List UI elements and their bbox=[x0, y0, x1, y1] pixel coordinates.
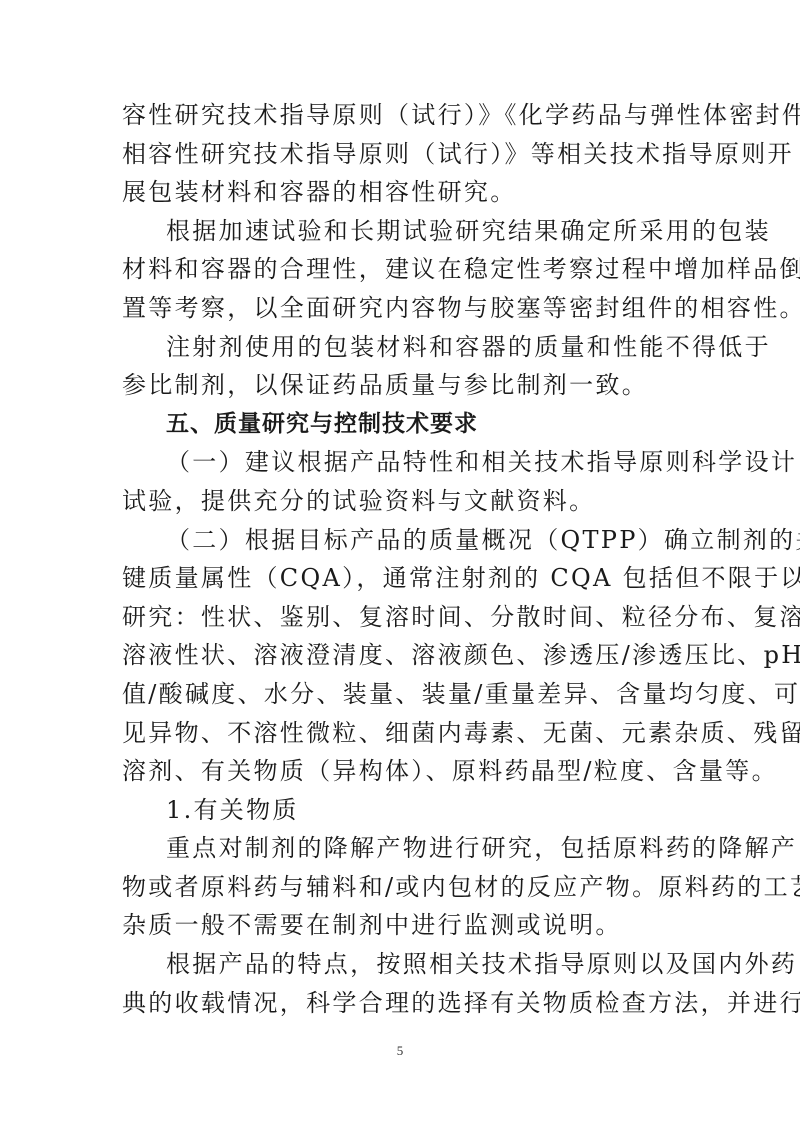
text-line: 展包装材料和容器的相容性研究。 bbox=[122, 173, 682, 212]
text-line: 置等考察，以全面研究内容物与胶塞等密封组件的相容性。 bbox=[122, 289, 682, 328]
text-line: （二）根据目标产品的质量概况（QTPP）确立制剂的关 bbox=[122, 521, 682, 560]
text-line: 注射剂使用的包装材料和容器的质量和性能不得低于 bbox=[122, 328, 682, 367]
section-heading: 五、质量研究与控制技术要求 bbox=[122, 405, 682, 444]
text-line: 相容性研究技术指导原则（试行）》等相关技术指导原则开 bbox=[122, 135, 682, 174]
text-line: 根据加速试验和长期试验研究结果确定所采用的包装 bbox=[122, 212, 682, 251]
text-line: 溶剂、有关物质（异构体）、原料药晶型/粒度、含量等。 bbox=[122, 752, 682, 791]
document-page-body: 容性研究技术指导原则（试行）》《化学药品与弹性体密封件 相容性研究技术指导原则（… bbox=[122, 96, 682, 1022]
page-number: 5 bbox=[0, 1043, 800, 1059]
subsection-1: （一）建议根据产品特性和相关技术指导原则科学设计 试验，提供充分的试验资料与文献… bbox=[122, 443, 682, 520]
subsection-2: （二）根据目标产品的质量概况（QTPP）确立制剂的关 键质量属性（CQA），通常… bbox=[122, 521, 682, 791]
text-line: 值/酸碱度、水分、装量、装量/重量差异、含量均匀度、可 bbox=[122, 675, 682, 714]
text-line: （一）建议根据产品特性和相关技术指导原则科学设计 bbox=[122, 443, 682, 482]
paragraph-packaging-quality: 注射剂使用的包装材料和容器的质量和性能不得低于 参比制剂，以保证药品质量与参比制… bbox=[122, 328, 682, 405]
text-line: 材料和容器的合理性，建议在稳定性考察过程中增加样品倒 bbox=[122, 250, 682, 289]
text-line: 杂质一般不需要在制剂中进行监测或说明。 bbox=[122, 906, 682, 945]
text-line: 典的收载情况，科学合理的选择有关物质检查方法，并进行 bbox=[122, 984, 682, 1023]
text-line: 容性研究技术指导原则（试行）》《化学药品与弹性体密封件 bbox=[122, 96, 682, 135]
paragraph-compatibility-continued: 容性研究技术指导原则（试行）》《化学药品与弹性体密封件 相容性研究技术指导原则（… bbox=[122, 96, 682, 212]
text-line: 参比制剂，以保证药品质量与参比制剂一致。 bbox=[122, 366, 682, 405]
text-line: 研究：性状、鉴别、复溶时间、分散时间、粒径分布、复溶 bbox=[122, 598, 682, 637]
text-line: 物或者原料药与辅料和/或内包材的反应产物。原料药的工艺 bbox=[122, 868, 682, 907]
paragraph-degradation: 重点对制剂的降解产物进行研究，包括原料药的降解产 物或者原料药与辅料和/或内包材… bbox=[122, 829, 682, 945]
text-line: 溶液性状、溶液澄清度、溶液颜色、渗透压/渗透压比、pH bbox=[122, 636, 682, 675]
item-heading: 1.有关物质 bbox=[122, 791, 682, 830]
text-line: 键质量属性（CQA），通常注射剂的 CQA 包括但不限于以下 bbox=[122, 559, 682, 598]
paragraph-method-selection: 根据产品的特点，按照相关技术指导原则以及国内外药 典的收载情况，科学合理的选择有… bbox=[122, 945, 682, 1022]
paragraph-accelerated-longterm: 根据加速试验和长期试验研究结果确定所采用的包装 材料和容器的合理性，建议在稳定性… bbox=[122, 212, 682, 328]
text-line: 见异物、不溶性微粒、细菌内毒素、无菌、元素杂质、残留 bbox=[122, 714, 682, 753]
text-line: 试验，提供充分的试验资料与文献资料。 bbox=[122, 482, 682, 521]
text-line: 根据产品的特点，按照相关技术指导原则以及国内外药 bbox=[122, 945, 682, 984]
text-line: 重点对制剂的降解产物进行研究，包括原料药的降解产 bbox=[122, 829, 682, 868]
